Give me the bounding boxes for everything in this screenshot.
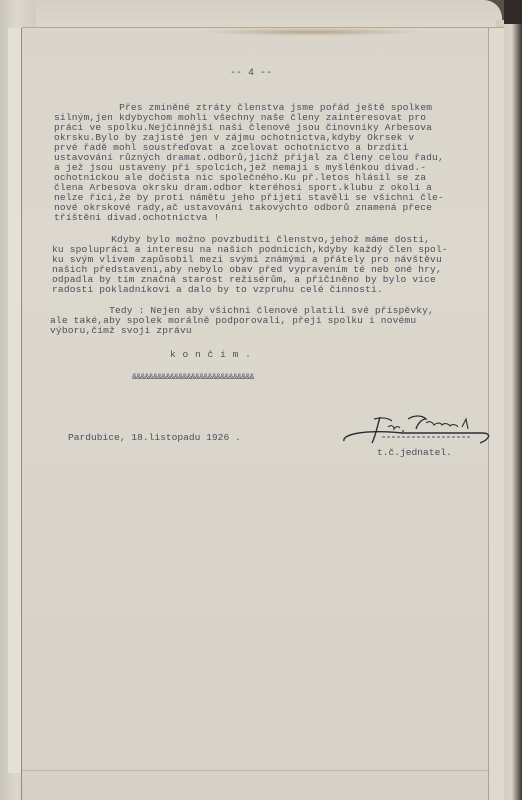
- body-line: tříštění divad.ochotnictva !: [54, 213, 219, 224]
- document-page: -- 4 -- Přes zmíněné ztráty členstva jsm…: [22, 28, 504, 800]
- signatory-title: t.č.jednatel.: [377, 447, 452, 458]
- closing-word: k o n č í m .: [170, 350, 251, 361]
- body-line: radosti pokladníkovi a dalo by to vzpruh…: [52, 285, 383, 296]
- paper-stain: [202, 28, 422, 36]
- separator-line: &&&&&&&&&&&&&&&&&&&&&&&&&&&&&: [132, 373, 254, 384]
- page-crease: [22, 770, 489, 771]
- background-dark-corner: [504, 0, 522, 24]
- date-line: Pardubice, 18.listopadu 1926 .: [68, 432, 241, 443]
- body-line: výboru,čímž svoji zprávu: [50, 326, 192, 337]
- page-number: -- 4 --: [230, 68, 272, 79]
